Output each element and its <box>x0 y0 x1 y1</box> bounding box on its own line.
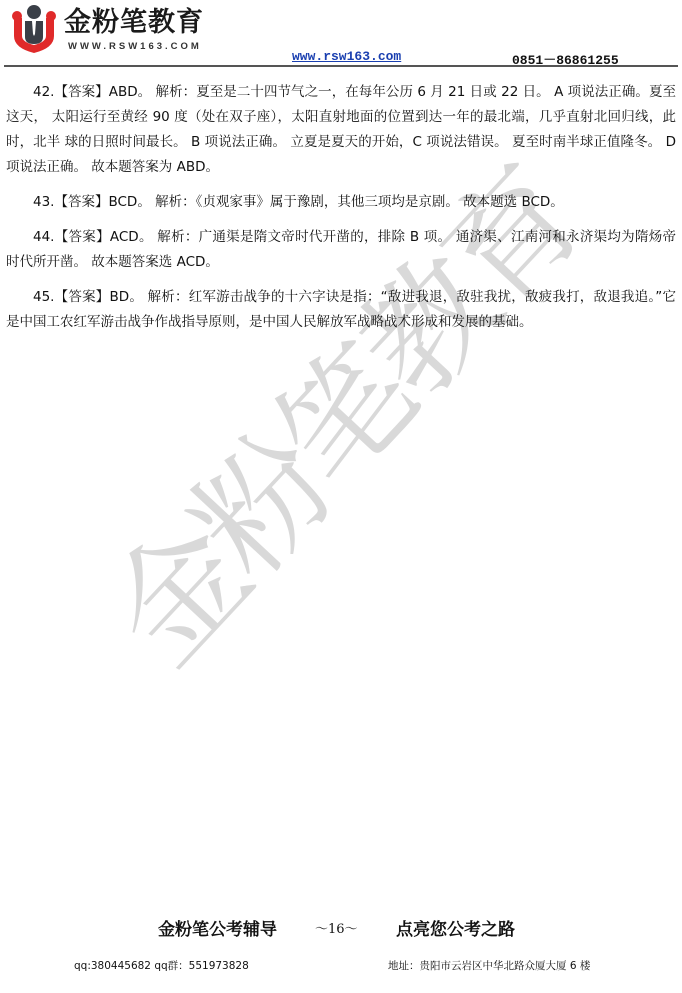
brand-name: 金粉笔教育 <box>64 8 204 38</box>
header-divider <box>4 65 678 67</box>
answer-content: 42.【答案】ABD。 解析：夏至是二十四节气之一，在每年公历 6 月 21 日… <box>6 80 676 345</box>
answer-43: 43.【答案】BCD。 解析：《贞观家事》属于豫剧，其他三项均是京剧。 故本题选… <box>6 190 676 215</box>
answer-42: 42.【答案】ABD。 解析：夏至是二十四节气之一，在每年公历 6 月 21 日… <box>6 80 676 180</box>
page-header: 金粉笔教育 WWW.RSW163.COM www.rsw163.com 0851… <box>0 0 682 68</box>
answer-44: 44.【答案】ACD。 解析：广通渠是隋文帝时代开凿的，排除 B 项。 通济渠、… <box>6 225 676 275</box>
answer-45: 45.【答案】BD。 解析：红军游击战争的十六字诀是指：“敌进我退，敌驻我扰，敌… <box>6 285 676 335</box>
brand-url: WWW.RSW163.COM <box>68 41 202 52</box>
qq-info: qq:380445682 qq群：551973828 <box>74 958 249 973</box>
footer-slogan-left: 金粉笔公考辅导 <box>158 915 277 940</box>
address: 地址：贵阳市云岩区中华北路众厦大厦 6 楼 <box>388 958 590 973</box>
footer-slogan-right: 点亮您公考之路 <box>396 915 515 940</box>
page-number: ～16～ <box>315 918 358 937</box>
logo-icon <box>10 4 58 54</box>
footer: 金粉笔公考辅导 ～16～ 点亮您公考之路 <box>0 915 682 945</box>
website-link[interactable]: www.rsw163.com <box>292 49 401 64</box>
